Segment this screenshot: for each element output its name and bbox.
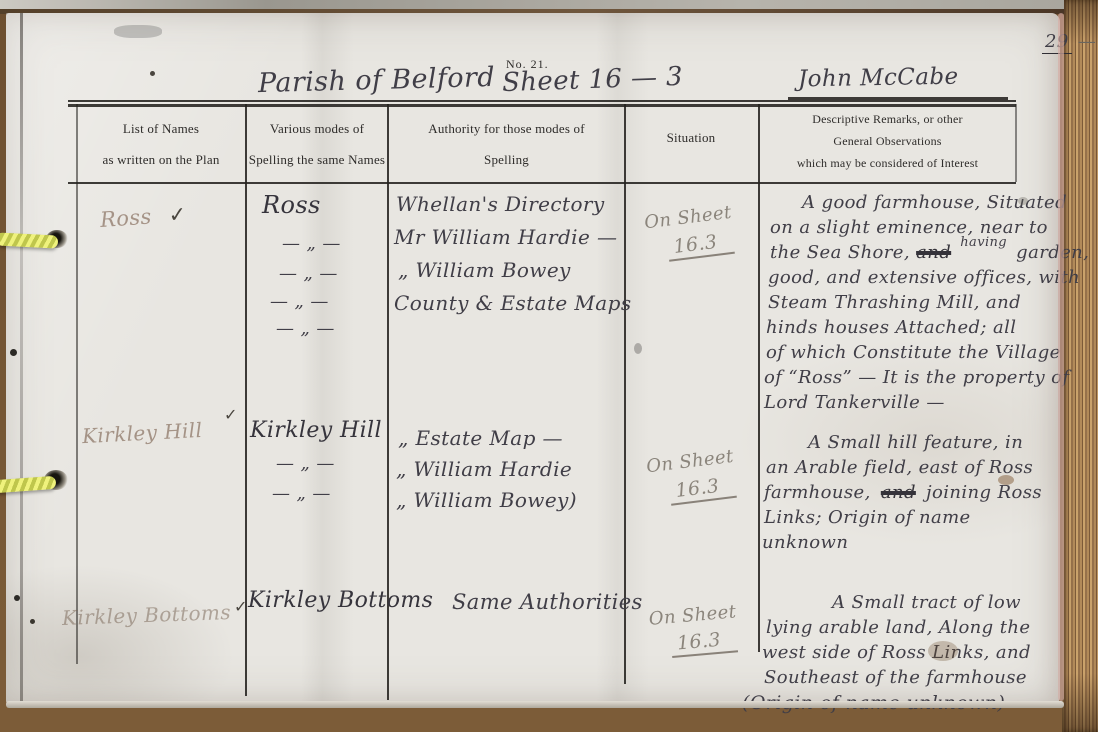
header-col-remarks-line1: Descriptive Remarks, or other (760, 108, 1015, 130)
row3-name: Kirkley Bottoms (62, 600, 232, 630)
row1-name-text: Ross (99, 204, 152, 232)
row1-remarks-line6: hinds houses Attached; all (766, 317, 1016, 338)
row1-ditto-1: — „ — (282, 233, 341, 254)
header-col-names-line1: List of Names (78, 113, 244, 144)
row2-remarks-line3: farmhouse, and joining Ross (764, 482, 1042, 503)
row2-ditto-1: — „ — (276, 453, 335, 474)
name-book-photo: 29 — No. 21. Parish of Belford Sheet 16 … (0, 0, 1098, 732)
table-top-rule-thick (68, 104, 1016, 107)
row2-authority-3: „ William Bowey) (396, 488, 577, 512)
page-number-dash: — (1078, 31, 1096, 52)
row1-authority-2: Mr William Hardie — (394, 225, 617, 249)
row2-situation: On Sheet 16.3 (645, 446, 738, 508)
row1-remarks-line8: of “Ross” — It is the property of (764, 367, 1069, 388)
row2-checkmark: ✓ (224, 405, 238, 424)
row1-remarks-line4: good, and extensive offices, with (768, 267, 1080, 288)
row1-remarks-line3: the Sea Shore, and having garden, (770, 242, 1089, 263)
row2-spelling-first: Kirkley Hill (250, 418, 382, 443)
header-col-authority-line1: Authority for those modes of (389, 113, 624, 144)
table-left-border (76, 104, 78, 664)
sheet-title: Sheet 16 — 3 (502, 62, 684, 98)
header-col-situation: Situation (624, 130, 758, 146)
header-col-names-line2: as written on the Plan (78, 144, 244, 175)
row2-authority-1: „ Estate Map — (398, 426, 563, 450)
pencil-mark (634, 343, 642, 354)
row1-remarks-line7: of which Constitute the Village (766, 342, 1061, 363)
column-line-4 (758, 104, 760, 652)
header-col-authority: Authority for those modes of Spelling (389, 113, 624, 175)
row2-remarks-strikethrough: and (881, 482, 916, 503)
book-fore-edge (1062, 0, 1098, 732)
row1-authority-4: County & Estate Maps (394, 291, 631, 315)
row2-situation-sheet: On Sheet (645, 446, 735, 478)
row1-name: Ross ✓ (99, 202, 187, 232)
row1-authority-3: „ William Bowey (398, 258, 571, 282)
name-book-page: 29 — No. 21. Parish of Belford Sheet 16 … (6, 13, 1060, 704)
ink-speck (150, 71, 155, 76)
table-top-rule-thin (68, 100, 1016, 102)
row1-remarks-strikethrough: and (916, 242, 951, 263)
row1-remarks-line1: A good farmhouse, Situated (802, 192, 1067, 213)
header-col-spelling-line1: Various modes of (247, 113, 387, 144)
row1-ditto-4: — „ — (276, 318, 335, 339)
row3-remarks-line3: west side of Ross Links, and (762, 642, 1031, 663)
row2-name: Kirkley Hill (81, 418, 202, 448)
row1-spelling-first: Ross (262, 191, 321, 219)
row2-remarks-line1: A Small hill feature, in (808, 432, 1023, 453)
header-bottom-rule (68, 182, 1016, 184)
row3-remarks-line1: A Small tract of low (832, 592, 1021, 613)
header-col-spelling-modes: Various modes of Spelling the same Names (247, 113, 387, 175)
row3-spelling-first: Kirkley Bottoms (248, 588, 433, 613)
header-col-remarks-line3: which may be considered of Interest (760, 152, 1015, 174)
row3-remarks-line2: lying arable land, Along the (766, 617, 1030, 638)
page-tinted-edge (1058, 13, 1064, 701)
row2-remarks-line2: an Arable field, east of Ross (766, 457, 1033, 478)
row2-remarks-line5: unknown (762, 532, 848, 553)
row3-situation-number: 16.3 (670, 627, 738, 658)
row1-remarks-inserted-word: having (960, 235, 1007, 250)
row1-checkmark: ✓ (168, 202, 188, 227)
worm-hole (10, 349, 17, 356)
examiner-signature: John McCabe (798, 64, 959, 93)
row1-remarks-line9: Lord Tankerville — (764, 392, 945, 413)
row3-checkmark: ✓ (234, 597, 248, 616)
header-col-remarks-line2: General Observations (760, 130, 1015, 152)
row2-ditto-2: — „ — (272, 483, 331, 504)
header-col-spelling-line2: Spelling the same Names (247, 144, 387, 175)
row2-remarks-line4: Links; Origin of name (764, 507, 971, 528)
row1-remarks-line3-pre: the Sea Shore, (770, 242, 910, 263)
row3-situation: On Sheet 16.3 (648, 601, 740, 659)
row2-situation-number: 16.3 (668, 473, 736, 506)
header-col-remarks: Descriptive Remarks, or other General Ob… (760, 108, 1015, 174)
row3-situation-sheet: On Sheet (648, 601, 737, 630)
row2-authority-2: „ William Hardie (396, 457, 572, 481)
row1-remarks-line3-post: garden, (1016, 242, 1089, 263)
row1-ditto-3: — „ — (270, 291, 329, 312)
parish-title: Parish of Belford (258, 62, 496, 99)
header-col-authority-line2: Spelling (389, 144, 624, 175)
worm-hole (30, 619, 35, 624)
row1-authority-1: Whellan's Directory (396, 192, 605, 216)
row1-situation-sheet: On Sheet (643, 202, 733, 234)
row1-ditto-2: — „ — (279, 263, 338, 284)
spine-fold-shadow (20, 13, 23, 704)
row2-remarks-line3-post: joining Ross (926, 482, 1042, 503)
row3-authority-1: Same Authorities (452, 590, 643, 614)
row1-situation-number: 16.3 (666, 229, 734, 262)
smudge (114, 25, 162, 38)
row1-remarks-line5: Steam Thrashing Mill, and (768, 292, 1021, 313)
page-number-value: 29 (1042, 31, 1072, 54)
wood-table-surface (0, 704, 1098, 732)
row2-remarks-line3-pre: farmhouse, (764, 482, 871, 503)
row1-situation: On Sheet 16.3 (643, 202, 736, 264)
row3-remarks-line4: Southeast of the farmhouse (764, 667, 1027, 688)
page-number: 29 — (1042, 31, 1096, 52)
header-col-names: List of Names as written on the Plan (78, 113, 244, 175)
table-right-border (1015, 104, 1017, 182)
header-col-situation-line1: Situation (624, 130, 758, 146)
